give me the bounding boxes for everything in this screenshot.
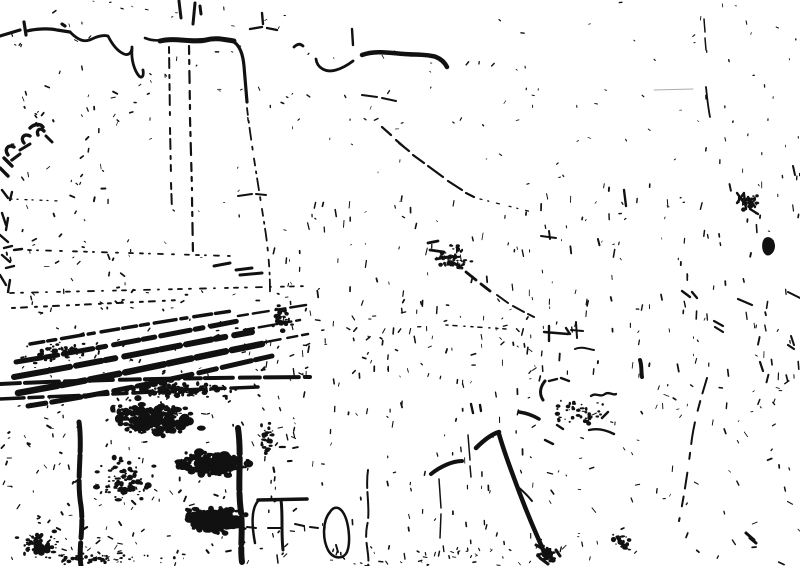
grunge-texture-image xyxy=(0,0,800,566)
texture-svg xyxy=(0,0,800,566)
